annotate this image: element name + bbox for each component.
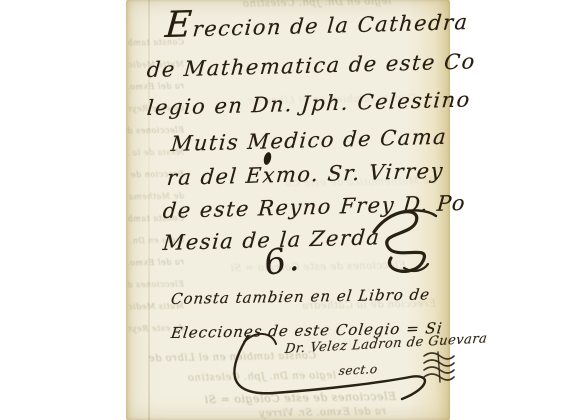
note-line-1: Consta tambien en el Libro de xyxy=(170,285,431,308)
bleedthrough-fragment: Elecciones de este Colegio = Si xyxy=(156,390,396,407)
manuscript-line-4: Mutis Medico de Cama xyxy=(170,125,448,156)
manuscript-line-1: Ereccion de la Cathedra xyxy=(164,8,470,42)
bleedthrough-fragment: legio en Dn. Jph. Celestino xyxy=(181,0,391,11)
manuscript-line-3: legio en Dn. Jph. Celestino xyxy=(146,87,472,120)
bleedthrough-fragment: ra del Exmo. Sr. Virrey xyxy=(128,258,184,268)
manuscript-line-5: ra del Exmo. Sr. Virrey xyxy=(166,159,445,190)
bleedthrough-fragment: legio en Dn. Jph. Celestino xyxy=(136,370,336,384)
paragraph-mark: 6. xyxy=(261,238,303,284)
signature-title: sect.o xyxy=(338,362,379,378)
bleedthrough-fragment: Elecciones de este Colegio = Si xyxy=(206,260,406,274)
manuscript-line-6: de este Reyno Frey D. Po xyxy=(162,191,467,223)
manuscript-line-2: de Mathematica de este Co xyxy=(146,49,477,82)
secretary-rubric xyxy=(422,350,456,384)
bleedthrough-fragment: ra del Exmo. Sr. Virrey xyxy=(128,82,184,92)
manuscript-photo: legio en Dn. Jph. Celestino Consta tambi… xyxy=(126,0,450,420)
bleedthrough-fragment: ra del Exmo. Sr. Virrey xyxy=(186,406,386,420)
bleedthrough-fragment: Elecciones de este Colegio = Si xyxy=(128,280,184,290)
